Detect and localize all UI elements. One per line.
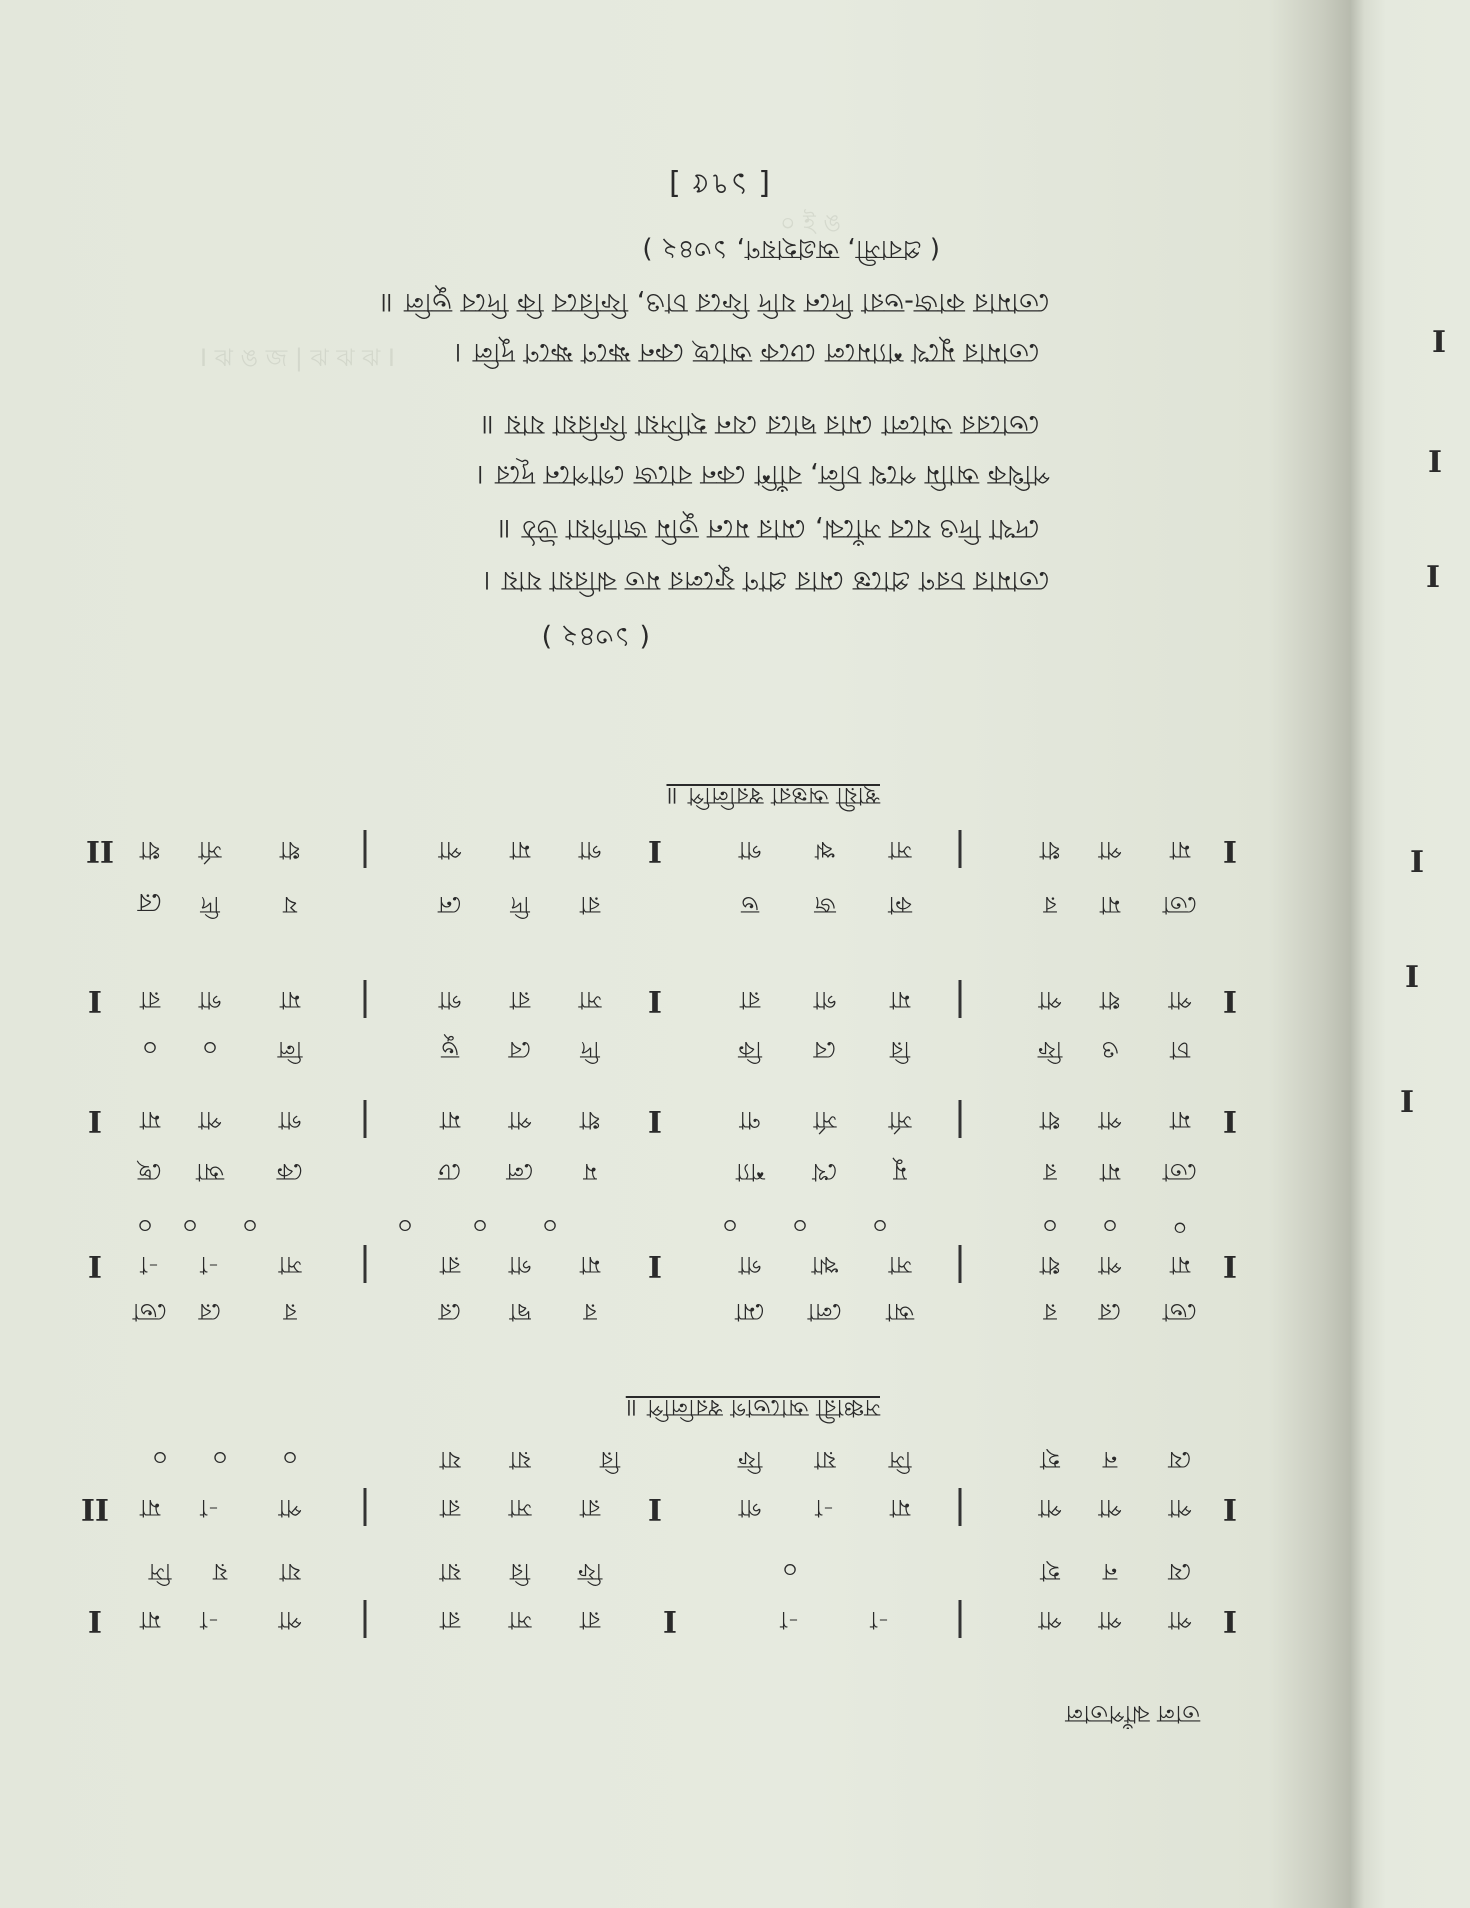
syllable: রে: [439, 1290, 462, 1330]
barline: I: [648, 1103, 662, 1138]
syllable: ০: [1172, 1206, 1188, 1246]
syllable: মু: [893, 1150, 906, 1190]
rest: ০: [722, 1202, 739, 1246]
notation-row-bol: তো মা র মু খে শ্যা ম লে ঢে কে আ ছে: [0, 1150, 1350, 1190]
note: সা: [889, 1243, 912, 1283]
note: মা: [890, 1486, 910, 1526]
rest: ০: [872, 1202, 889, 1246]
syllable: তো: [1163, 1150, 1198, 1190]
notation-row-swara: I পা পা পা -া -া I রা সা রা পা -া মা I: [0, 1598, 1350, 1638]
note: মা: [140, 1486, 160, 1526]
syllable: রি: [890, 1028, 910, 1068]
note: ণা: [739, 1098, 760, 1138]
syllable: রে: [199, 1290, 222, 1330]
syllable: আ: [196, 1150, 224, 1190]
barline-end: I: [88, 1603, 102, 1638]
notation-row-bol: যে ন হা সি য়া ফি রি য়া যা ০ ০ ০: [0, 1438, 1350, 1478]
beat-bar: [959, 1245, 962, 1283]
barline-start: I: [1223, 1491, 1237, 1526]
notation-row-swara: I মা পা ধা র্সা র্সা ণা I ধা পা মা গা পা…: [0, 1098, 1350, 1138]
syllable: মো: [735, 1290, 765, 1330]
rest: রে: [138, 879, 163, 923]
note: মা: [1170, 828, 1190, 868]
note: পা: [1038, 1486, 1061, 1526]
note: মা: [890, 978, 910, 1018]
notation-row-swara: I মা পা ধা সা ঋা গা I মা গা রা সা -া -া …: [0, 1243, 1350, 1283]
syllable: নে: [438, 883, 462, 923]
beat-bar: [959, 980, 962, 1018]
syllable: দি: [580, 1028, 599, 1068]
right-page-barline: I: [1432, 325, 1446, 360]
barline: I: [648, 1248, 662, 1283]
syllable: লে: [506, 1150, 534, 1190]
notation-row-bol: চা ও ফি রি বে কি দি বে ভু লি ০ ০: [0, 1028, 1350, 1068]
beat-bar: [959, 1100, 962, 1138]
note: সা: [509, 1486, 532, 1526]
syllable: রি: [510, 1550, 530, 1590]
poem-line-4: পথিক আমি পথে চলি, বাঁশি কেন বাজে গোপনে দ…: [477, 461, 1050, 488]
notation-row-bol: ভো রে র আ লো মো র দ্বা রে র রে ভো: [0, 1290, 1350, 1330]
syllable: ভো: [133, 1290, 168, 1330]
poem-line-2: তোমার মুখে শ্যামলে ঢেকে আছে কেন ক্ষণে ক্…: [454, 339, 1040, 366]
note: রা: [440, 1486, 460, 1526]
tala-label: তাল ঝাঁপতাল: [1065, 1702, 1200, 1726]
syllable: ভু: [441, 1028, 459, 1068]
beat-bar: [364, 1488, 367, 1526]
note: পা: [438, 828, 461, 868]
barline: I: [648, 1491, 662, 1526]
poem-line-6: তোমার চরণ প্রান্তে মোর প্রাণ ফুলের মত ঝর…: [483, 567, 1050, 594]
note: গা: [509, 1243, 532, 1283]
rest: ০: [242, 1202, 259, 1246]
note: মা: [580, 1243, 600, 1283]
barline-start: I: [1223, 983, 1237, 1018]
syllable: রে: [1099, 1290, 1122, 1330]
note: সা: [279, 1243, 302, 1283]
syllable: বে: [508, 1028, 531, 1068]
note: মা: [510, 828, 530, 868]
rest: ০: [282, 1434, 299, 1478]
note: গা: [279, 1098, 302, 1138]
poem-line-1: তোমার কাজ-ভরা দিনে যদি ফিরে চাও, ফিরিবে …: [380, 289, 1050, 316]
rest: ০: [1042, 1202, 1059, 1246]
barline-end: I: [88, 983, 102, 1018]
poem-line-5: দেখা দিও যবে সাঁঝে, মোর মনে তুমি জাগিয়া…: [498, 515, 1040, 542]
inverted-print-block: [ ১৭৫ ] ( প্রবাসী, অগ্রহায়ণ, ১৩৪২ ) তোম…: [0, 0, 1350, 1908]
right-page-barline: I: [1426, 560, 1440, 595]
syllable: দি: [200, 883, 219, 923]
syllable: লো: [808, 1290, 843, 1330]
barline-start: I: [1223, 1248, 1237, 1283]
note: মা: [1170, 1098, 1190, 1138]
page-number: [ ১৭৫ ]: [669, 168, 770, 198]
note: ঋ: [815, 828, 835, 868]
note: মা: [140, 1098, 160, 1138]
barline-start: I: [1223, 1103, 1237, 1138]
syllable: র: [583, 1290, 596, 1330]
rest: ০: [472, 1202, 489, 1246]
syllable: কে: [277, 1150, 304, 1190]
rest: ০: [397, 1202, 414, 1246]
rest: ০: [792, 1202, 809, 1246]
barline: I: [648, 833, 662, 868]
note: রা: [140, 978, 160, 1018]
note: পা: [278, 1486, 301, 1526]
note: পা: [1038, 1598, 1061, 1638]
note: রা: [580, 1486, 600, 1526]
note: গা: [739, 828, 762, 868]
note: পা: [1098, 1598, 1121, 1638]
note: -া: [140, 1243, 160, 1283]
syllable: ও: [1101, 1028, 1119, 1068]
note: র্সা: [889, 1098, 912, 1138]
barline: I: [663, 1603, 677, 1638]
notation-row-swara: I মা পা ধা সা ঋ গা I গা মা পা ধা র্সা ধা…: [0, 828, 1350, 868]
syllable: য়া: [814, 1438, 835, 1478]
syllable: রা: [580, 883, 600, 923]
syllable: য়া: [509, 1438, 530, 1478]
rest: ০: [542, 1202, 559, 1246]
note: র্সা: [199, 828, 222, 868]
section-heading-1: স্থায়ী অন্তরা স্বরলিপি ॥: [666, 784, 880, 808]
note: ধা: [1040, 1098, 1060, 1138]
beat-bar: [959, 1488, 962, 1526]
note: ধা: [280, 828, 300, 868]
note: গা: [439, 978, 462, 1018]
syllable: ভ: [741, 883, 759, 923]
syllable: হা: [1040, 1550, 1060, 1590]
note: র্সা: [814, 1098, 837, 1138]
rest: ০: [152, 1434, 169, 1478]
syllable: খে: [812, 1150, 838, 1190]
syllable: দ্বা: [509, 1290, 530, 1330]
syllable: যা: [440, 1438, 461, 1478]
rest: ০: [137, 1202, 154, 1246]
syllable: তো: [1163, 883, 1198, 923]
syllable: শ্যা: [736, 1150, 764, 1190]
syllable: র: [1043, 1150, 1056, 1190]
beat-bar: [959, 1600, 962, 1638]
note: -া: [815, 1486, 835, 1526]
barline-end: I: [88, 1248, 102, 1283]
note: পা: [1098, 1098, 1121, 1138]
syllable: চা: [1170, 1028, 1190, 1068]
barline-start: I: [1223, 833, 1237, 868]
note: সা: [889, 828, 912, 868]
syllable: ভো: [1163, 1290, 1198, 1330]
note: গা: [199, 978, 222, 1018]
syllable: ঢে: [438, 1150, 461, 1190]
note: -া: [780, 1598, 800, 1638]
beat-bar: [364, 830, 367, 868]
syllable: র: [1043, 1290, 1056, 1330]
note: মা: [140, 1598, 160, 1638]
syllable: কি: [738, 1028, 762, 1068]
poem-year: ( ১৩৪২ ): [542, 623, 650, 650]
barline-end: II: [81, 1491, 109, 1526]
syllable: রি: [600, 1438, 620, 1478]
right-page-edge: I I I I I I: [1350, 0, 1470, 1908]
syllable: যা: [280, 1550, 301, 1590]
note: -া: [870, 1598, 890, 1638]
note: সা: [579, 978, 602, 1018]
note: পা: [198, 1098, 221, 1138]
syllable: মা: [1100, 883, 1120, 923]
rest: ০: [182, 1202, 199, 1246]
note: গা: [739, 1243, 762, 1283]
syllable: ফি: [1038, 1028, 1062, 1068]
note: -া: [200, 1243, 220, 1283]
note: ধা: [1040, 1243, 1060, 1283]
syllable: ন: [1103, 1550, 1117, 1590]
barline: I: [648, 983, 662, 1018]
note: রা: [580, 1598, 600, 1638]
source-citation: ( প্রবাসী, অগ্রহায়ণ, ১৩৪২ ): [642, 236, 940, 262]
syllable: ফি: [738, 1438, 762, 1478]
note: পা: [508, 1098, 531, 1138]
note: পা: [1168, 1598, 1191, 1638]
beat-bar: [364, 1100, 367, 1138]
note: পা: [1168, 978, 1191, 1018]
syllable: কা: [888, 883, 912, 923]
beat-bar: [364, 1245, 367, 1283]
beat-bar: [959, 830, 962, 868]
note: পা: [1038, 978, 1061, 1018]
syllable: র: [1043, 883, 1056, 923]
note: -া: [200, 1598, 220, 1638]
note: গা: [739, 1486, 762, 1526]
syllable: ফি: [578, 1550, 602, 1590]
right-page-barline: I: [1428, 445, 1442, 480]
note: রা: [510, 978, 530, 1018]
syllable: সি: [149, 1550, 172, 1590]
rest: ০: [1102, 1202, 1119, 1246]
note: পা: [1098, 1243, 1121, 1283]
barline-start: I: [1223, 1603, 1237, 1638]
note: ধা: [1100, 978, 1120, 1018]
note: পা: [1168, 1486, 1191, 1526]
note: পা: [278, 1598, 301, 1638]
beat-bar: [364, 980, 367, 1018]
syllable: ন: [1103, 1438, 1117, 1478]
beat-bar: [364, 1600, 367, 1638]
note: ধা: [140, 828, 160, 868]
note: গা: [814, 978, 837, 1018]
syllable: বে: [813, 1028, 836, 1068]
syllable: জ: [814, 883, 835, 923]
note: পা: [1098, 828, 1121, 868]
right-page-barline: I: [1405, 960, 1419, 995]
syllable: যে: [1168, 1438, 1192, 1478]
rest: ০: [782, 1546, 799, 1590]
syllable: ম: [583, 1150, 596, 1190]
rest: ০: [202, 1024, 219, 1068]
note: গা: [579, 828, 602, 868]
note: মা: [440, 1098, 460, 1138]
notation-row-bol: যে ন হা ০ ফি রি য়া যা য় সি: [0, 1550, 1350, 1590]
syllable: আ: [886, 1290, 914, 1330]
note: রা: [440, 1243, 460, 1283]
right-page-barline: I: [1410, 845, 1424, 880]
notation-row-swara: I পা ধা পা মা গা রা I সা রা গা মা গা রা …: [0, 978, 1350, 1018]
syllable: হা: [1040, 1438, 1060, 1478]
rest: ০: [142, 1024, 159, 1068]
note: ঋা: [812, 1243, 839, 1283]
note: মা: [280, 978, 300, 1018]
note: রা: [740, 978, 760, 1018]
poem-line-3: ভোরের আলো মোর দ্বারে যেন হাসিয়া ফিরিয়া…: [481, 411, 1040, 438]
notation-row-rests: ০ ০ ০ ০ ০ ০ ০ ০ ০ ০ ০ ০: [0, 1206, 1350, 1246]
syllable: লি: [278, 1028, 303, 1068]
syllable: র: [283, 1290, 296, 1330]
note: ধা: [1040, 828, 1060, 868]
syllable: ছে: [138, 1150, 162, 1190]
note: মা: [1170, 1243, 1190, 1283]
barline-end: I: [88, 1103, 102, 1138]
section-heading-2: সঞ্চারী আভোগ স্বরলিপি ॥: [626, 1396, 880, 1420]
note: সা: [509, 1598, 532, 1638]
syllable: য়: [213, 1550, 227, 1590]
syllable: সি: [889, 1438, 912, 1478]
note: পা: [1098, 1486, 1121, 1526]
rest: ০: [212, 1434, 229, 1478]
note: রা: [440, 1598, 460, 1638]
syllable: য়া: [439, 1550, 460, 1590]
note: ধা: [580, 1098, 600, 1138]
syllable: য: [283, 883, 297, 923]
syllable: মা: [1100, 1150, 1120, 1190]
notation-row-bol: তো মা র কা জ ভ রা দি নে য দি রে: [0, 883, 1350, 923]
note: -া: [200, 1486, 220, 1526]
syllable: যে: [1168, 1550, 1192, 1590]
syllable: দি: [510, 883, 529, 923]
barline-end: II: [86, 833, 114, 868]
right-page-barline: I: [1400, 1085, 1414, 1120]
notation-row-swara: I পা পা পা মা -া গা I রা সা রা পা -া মা …: [0, 1486, 1350, 1526]
